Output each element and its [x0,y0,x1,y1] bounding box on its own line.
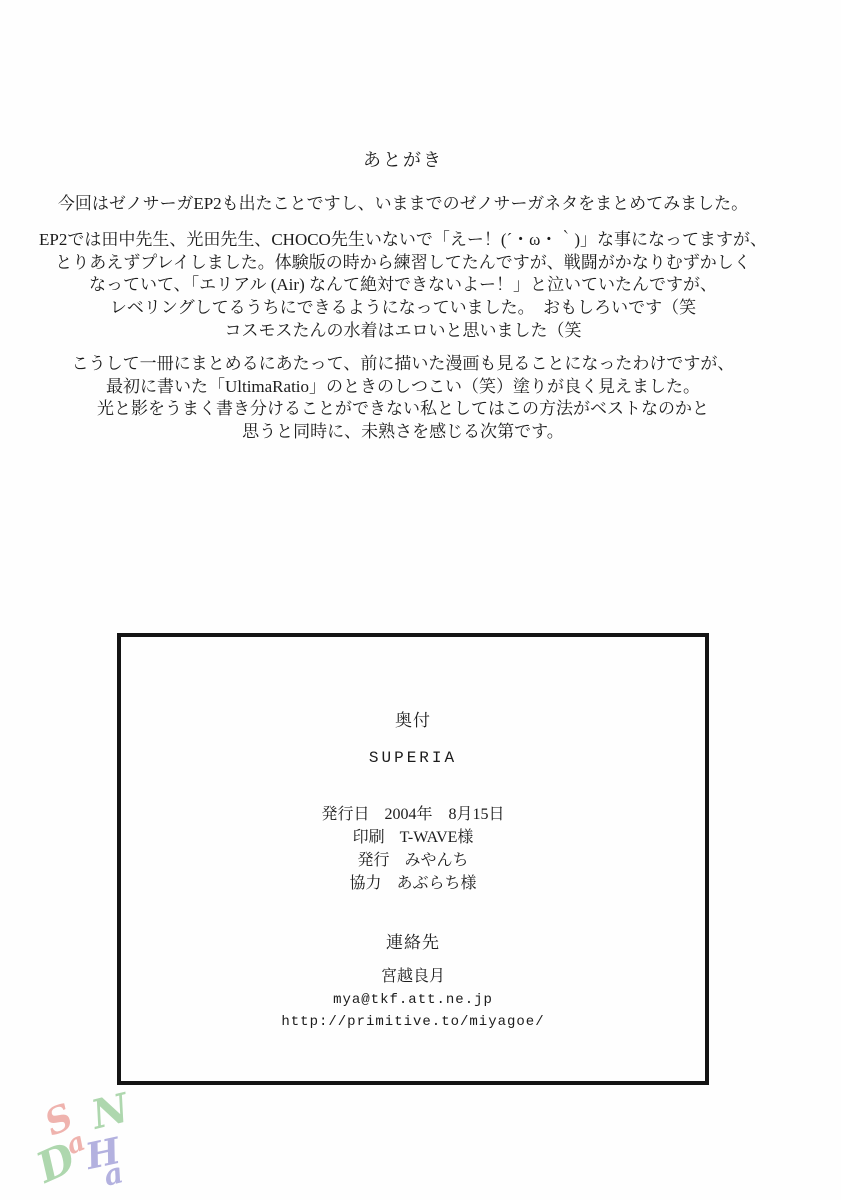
paragraph-line: レベリングしてるうちにできるようになっていました。 おもしろいです（笑 [0,297,806,320]
detail-value: みやんち [405,852,469,869]
colophon-details: 発行日2004年 8月15日 印刷T-WAVE様 発行みやんち 協力あぶらち様 [121,803,705,895]
afterword-paragraph-1: 今回はゼノサーガEP2も出たことですし、いままでのゼノサーガネタをまとめてみまし… [0,193,806,216]
detail-row-cooperation: 協力あぶらち様 [121,872,705,895]
book-title: SUPERIA [121,749,705,767]
detail-value: 2004年 8月15日 [385,806,505,823]
detail-value: あぶらち様 [397,875,477,892]
author-name: 宮越良月 [121,966,705,989]
paragraph-line: なっていて、「エリアル (Air) なんて絶対できないよー！」と泣いていたんです… [0,274,806,297]
detail-row-publisher: 発行みやんち [121,849,705,872]
detail-label: 発行日 [321,803,369,826]
afterword-paragraph-2: EP2では田中先生、光田先生、CHOCO先生いないで「えー！(´・ω・｀)」な事… [0,229,806,343]
watermark-letter: N [88,1088,133,1136]
paragraph-line: とりあえずプレイしました。体験版の時から練習してたんですが、戦闘がかなりむずかし… [0,252,806,275]
paragraph-line: 今回はゼノサーガEP2も出たことですし、いままでのゼノサーガネタをまとめてみまし… [0,193,806,216]
paragraph-line: EP2では田中先生、光田先生、CHOCO先生いないで「えー！(´・ω・｀)」な事… [0,229,806,252]
detail-label: 発行 [357,849,389,872]
detail-label: 協力 [349,872,381,895]
paragraph-line: 最初に書いた「UltimaRatio」のときのしつこい（笑）塗りが良く見えました… [0,376,806,399]
contact-url: http://primitive.to/miyagoe/ [121,1011,705,1034]
paragraph-line: 光と影をうまく書き分けることができない私としてはこの方法がベストなのかと [0,398,806,421]
contact-heading: 連絡先 [121,928,705,953]
detail-label: 印刷 [353,826,385,849]
detail-row-printer: 印刷T-WAVE様 [121,826,705,849]
contact-block: 宮越良月 mya@tkf.att.ne.jp http://primitive.… [121,966,705,1034]
detail-value: T-WAVE様 [400,829,474,846]
detail-row-publication-date: 発行日2004年 8月15日 [121,803,705,826]
scanned-doujin-page: あとがき 今回はゼノサーガEP2も出たことですし、いままでのゼノサーガネタをまと… [0,0,841,1200]
afterword-paragraph-3: こうして一冊にまとめるにあたって、前に描いた漫画も見ることになったわけですが、 … [0,353,806,444]
colophon-box: 奥付 SUPERIA 発行日2004年 8月15日 印刷T-WAVE様 発行みや… [117,633,709,1085]
paragraph-line: コスモスたんの水着はエロいと思いました（笑 [0,320,806,343]
afterword-title: あとがき [0,149,806,172]
paragraph-line: こうして一冊にまとめるにあたって、前に描いた漫画も見ることになったわけですが、 [0,353,806,376]
colophon-heading: 奥付 [121,706,705,731]
paragraph-line: 思うと同時に、未熟さを感じる次第です。 [0,421,806,444]
contact-email: mya@tkf.att.ne.jp [121,989,705,1012]
